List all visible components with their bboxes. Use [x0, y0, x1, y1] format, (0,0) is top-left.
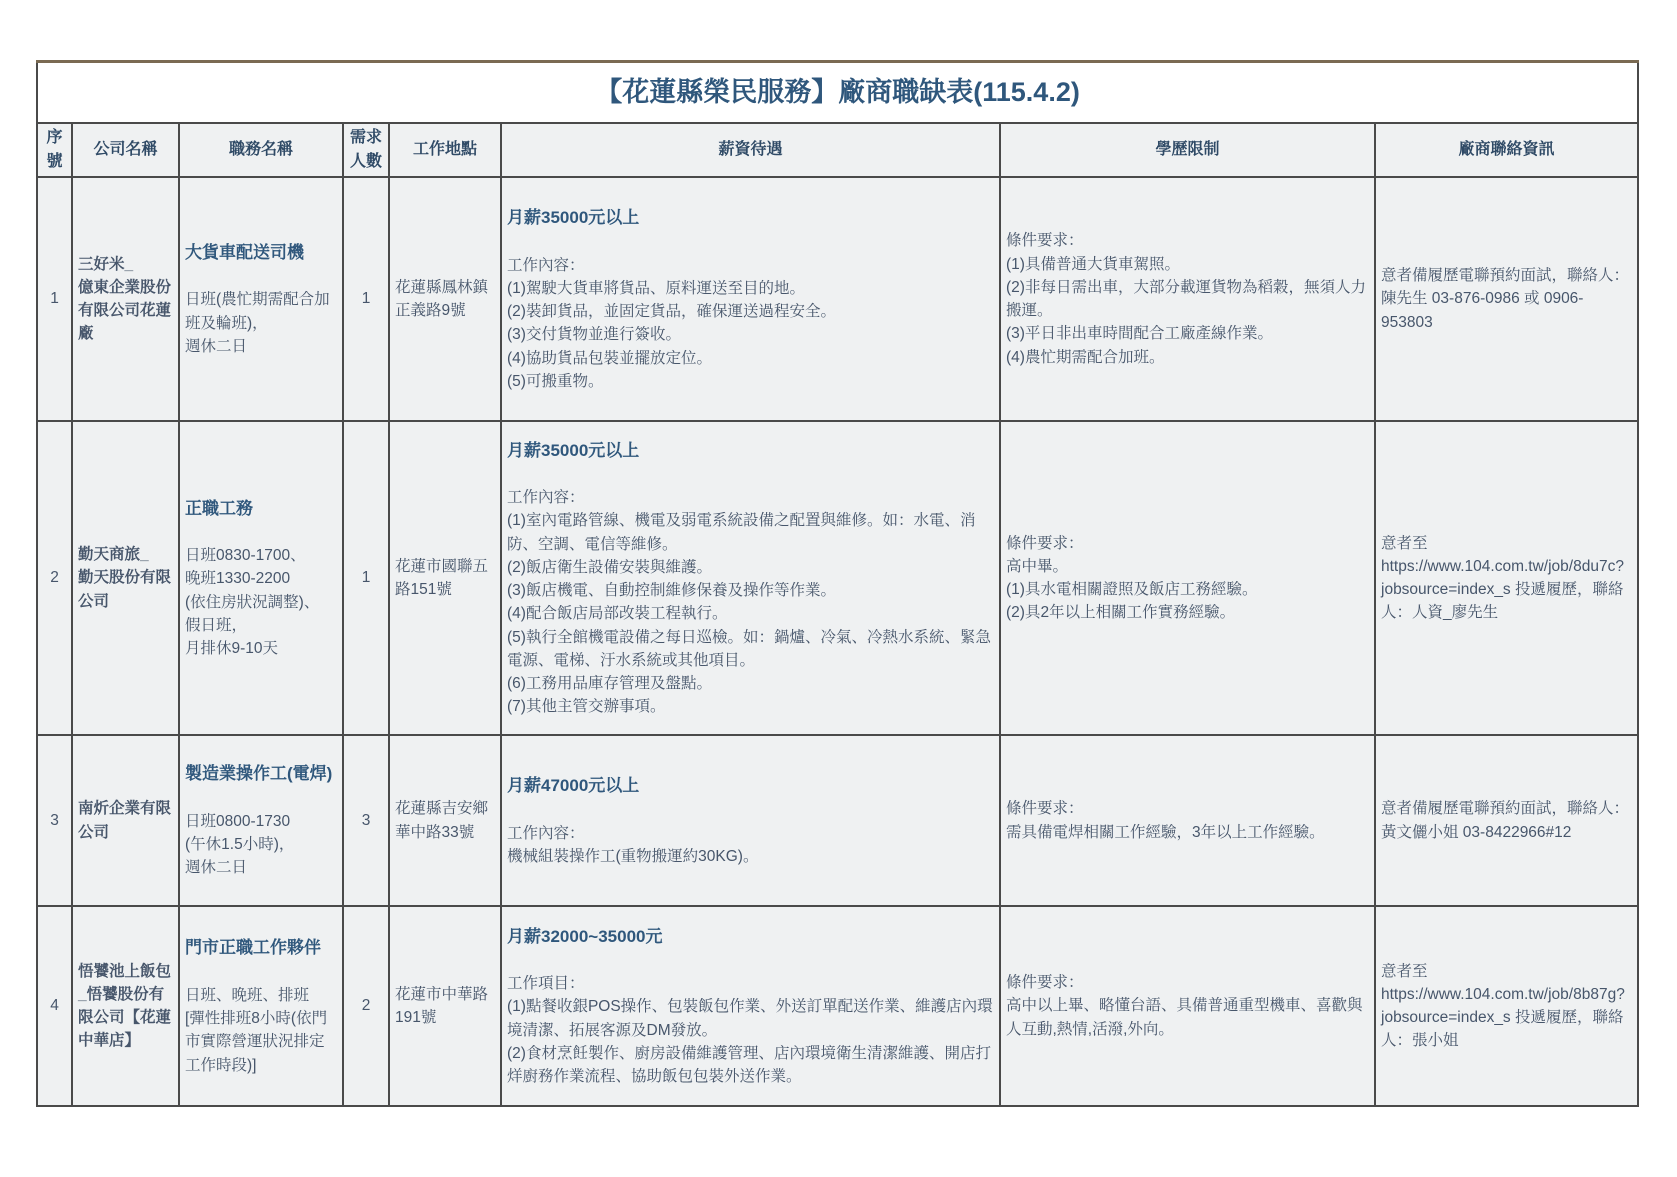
cell-salary: 月薪32000~35000元 工作項目： (1)點餐收銀POS操作、包裝飯包作業… [501, 906, 1000, 1106]
cell-headcount: 2 [343, 906, 389, 1106]
salary-detail-text: 工作內容： 機械組裝操作工(重物搬運約30KG)。 [507, 822, 994, 869]
salary-headline: 月薪35000元以上 [507, 438, 994, 464]
salary-headline: 月薪47000元以上 [507, 773, 994, 799]
job-title-text: 正職工務 [185, 496, 337, 522]
job-title-text: 製造業操作工(電焊) [185, 761, 337, 787]
cell-company: 三好米_ 億東企業股份有限公司花蓮廠 [72, 177, 179, 421]
table-row: 1 三好米_ 億東企業股份有限公司花蓮廠 大貨車配送司機 日班(農忙期需配合加班… [37, 177, 1638, 421]
cell-salary: 月薪35000元以上 工作內容： (1)駕駛大貨車將貨品、原料運送至目的地。 (… [501, 177, 1000, 421]
cell-contact: 意者備履歷電聯預約面試，聯絡人：陳先生 03-876-0986 或 0906-9… [1375, 177, 1638, 421]
job-detail-text: 日班、晚班、排班 [彈性排班8小時(依門市實際營運狀況排定工作時段)] [185, 984, 337, 1077]
header-salary: 薪資待遇 [501, 123, 1000, 177]
cell-location: 花蓮縣鳳林鎮正義路9號 [389, 177, 501, 421]
cell-company: 南炘企業有限公司 [72, 735, 179, 906]
salary-detail-text: 工作項目： (1)點餐收銀POS操作、包裝飯包作業、外送訂單配送作業、維護店內環… [507, 972, 994, 1088]
document-page: 【花蓮縣榮民服務】廠商職缺表(115.4.2) 序號 公司名稱 職務名稱 需求人… [0, 0, 1677, 1177]
cell-no: 3 [37, 735, 72, 906]
cell-job: 製造業操作工(電焊) 日班0800-1730 (午休1.5小時)， 週休二日 [179, 735, 343, 906]
cell-location: 花蓮縣吉安鄉華中路33號 [389, 735, 501, 906]
salary-detail-text: 工作內容： (1)駕駛大貨車將貨品、原料運送至目的地。 (2)裝卸貨品，並固定貨… [507, 254, 994, 394]
cell-education: 條件要求： 需具備電焊相關工作經驗，3年以上工作經驗。 [1000, 735, 1375, 906]
header-company: 公司名稱 [72, 123, 179, 177]
salary-detail-text: 工作內容： (1)室內電路管線、機電及弱電系統設備之配置與維修。如：水電、消防、… [507, 486, 994, 719]
header-contact: 廠商聯絡資訊 [1375, 123, 1638, 177]
cell-contact: 意者備履歷電聯預約面試，聯絡人：黃文儷小姐 03-8422966#12 [1375, 735, 1638, 906]
cell-headcount: 3 [343, 735, 389, 906]
cell-contact: 意者至 https://www.104.com.tw/job/8du7c?job… [1375, 421, 1638, 735]
cell-contact: 意者至 https://www.104.com.tw/job/8b87g?job… [1375, 906, 1638, 1106]
job-detail-text: 日班0830-1700、 晚班1330-2200 (依住房狀況調整)、 假日班，… [185, 544, 337, 660]
cell-company: 勤天商旅_ 勤天股份有限公司 [72, 421, 179, 735]
table-title-row: 【花蓮縣榮民服務】廠商職缺表(115.4.2) [37, 62, 1638, 124]
cell-job: 大貨車配送司機 日班(農忙期需配合加班及輪班)， 週休二日 [179, 177, 343, 421]
cell-no: 1 [37, 177, 72, 421]
table-header-row: 序號 公司名稱 職務名稱 需求人數 工作地點 薪資待遇 學歷限制 廠商聯絡資訊 [37, 123, 1638, 177]
job-detail-text: 日班0800-1730 (午休1.5小時)， 週休二日 [185, 810, 337, 880]
cell-job: 門市正職工作夥伴 日班、晚班、排班 [彈性排班8小時(依門市實際營運狀況排定工作… [179, 906, 343, 1106]
job-title-text: 門市正職工作夥伴 [185, 935, 337, 961]
header-job-title: 職務名稱 [179, 123, 343, 177]
cell-salary: 月薪47000元以上 工作內容： 機械組裝操作工(重物搬運約30KG)。 [501, 735, 1000, 906]
cell-company: 悟饕池上飯包_悟饕股份有限公司【花蓮中華店】 [72, 906, 179, 1106]
salary-headline: 月薪35000元以上 [507, 205, 994, 231]
job-detail-text: 日班(農忙期需配合加班及輪班)， 週休二日 [185, 288, 337, 358]
table-row: 2 勤天商旅_ 勤天股份有限公司 正職工務 日班0830-1700、 晚班133… [37, 421, 1638, 735]
header-location: 工作地點 [389, 123, 501, 177]
header-education: 學歷限制 [1000, 123, 1375, 177]
document-title: 【花蓮縣榮民服務】廠商職缺表(115.4.2) [37, 62, 1638, 124]
cell-headcount: 1 [343, 421, 389, 735]
cell-no: 4 [37, 906, 72, 1106]
header-no: 序號 [37, 123, 72, 177]
cell-location: 花蓮市國聯五路151號 [389, 421, 501, 735]
header-headcount: 需求人數 [343, 123, 389, 177]
table-row: 3 南炘企業有限公司 製造業操作工(電焊) 日班0800-1730 (午休1.5… [37, 735, 1638, 906]
cell-salary: 月薪35000元以上 工作內容： (1)室內電路管線、機電及弱電系統設備之配置與… [501, 421, 1000, 735]
cell-headcount: 1 [343, 177, 389, 421]
cell-education: 條件要求： 高中畢。 (1)具水電相關證照及飯店工務經驗。 (2)具2年以上相關… [1000, 421, 1375, 735]
cell-no: 2 [37, 421, 72, 735]
table-row: 4 悟饕池上飯包_悟饕股份有限公司【花蓮中華店】 門市正職工作夥伴 日班、晚班、… [37, 906, 1638, 1106]
cell-education: 條件要求： 高中以上畢、略懂台語、具備普通重型機車、喜歡與人互動,熱情,活潑,外… [1000, 906, 1375, 1106]
cell-location: 花蓮市中華路191號 [389, 906, 501, 1106]
job-title-text: 大貨車配送司機 [185, 240, 337, 266]
job-vacancy-table: 【花蓮縣榮民服務】廠商職缺表(115.4.2) 序號 公司名稱 職務名稱 需求人… [36, 60, 1639, 1107]
salary-headline: 月薪32000~35000元 [507, 924, 994, 950]
cell-job: 正職工務 日班0830-1700、 晚班1330-2200 (依住房狀況調整)、… [179, 421, 343, 735]
cell-education: 條件要求： (1)具備普通大貨車駕照。 (2)非每日需出車，大部分載運貨物為稻穀… [1000, 177, 1375, 421]
